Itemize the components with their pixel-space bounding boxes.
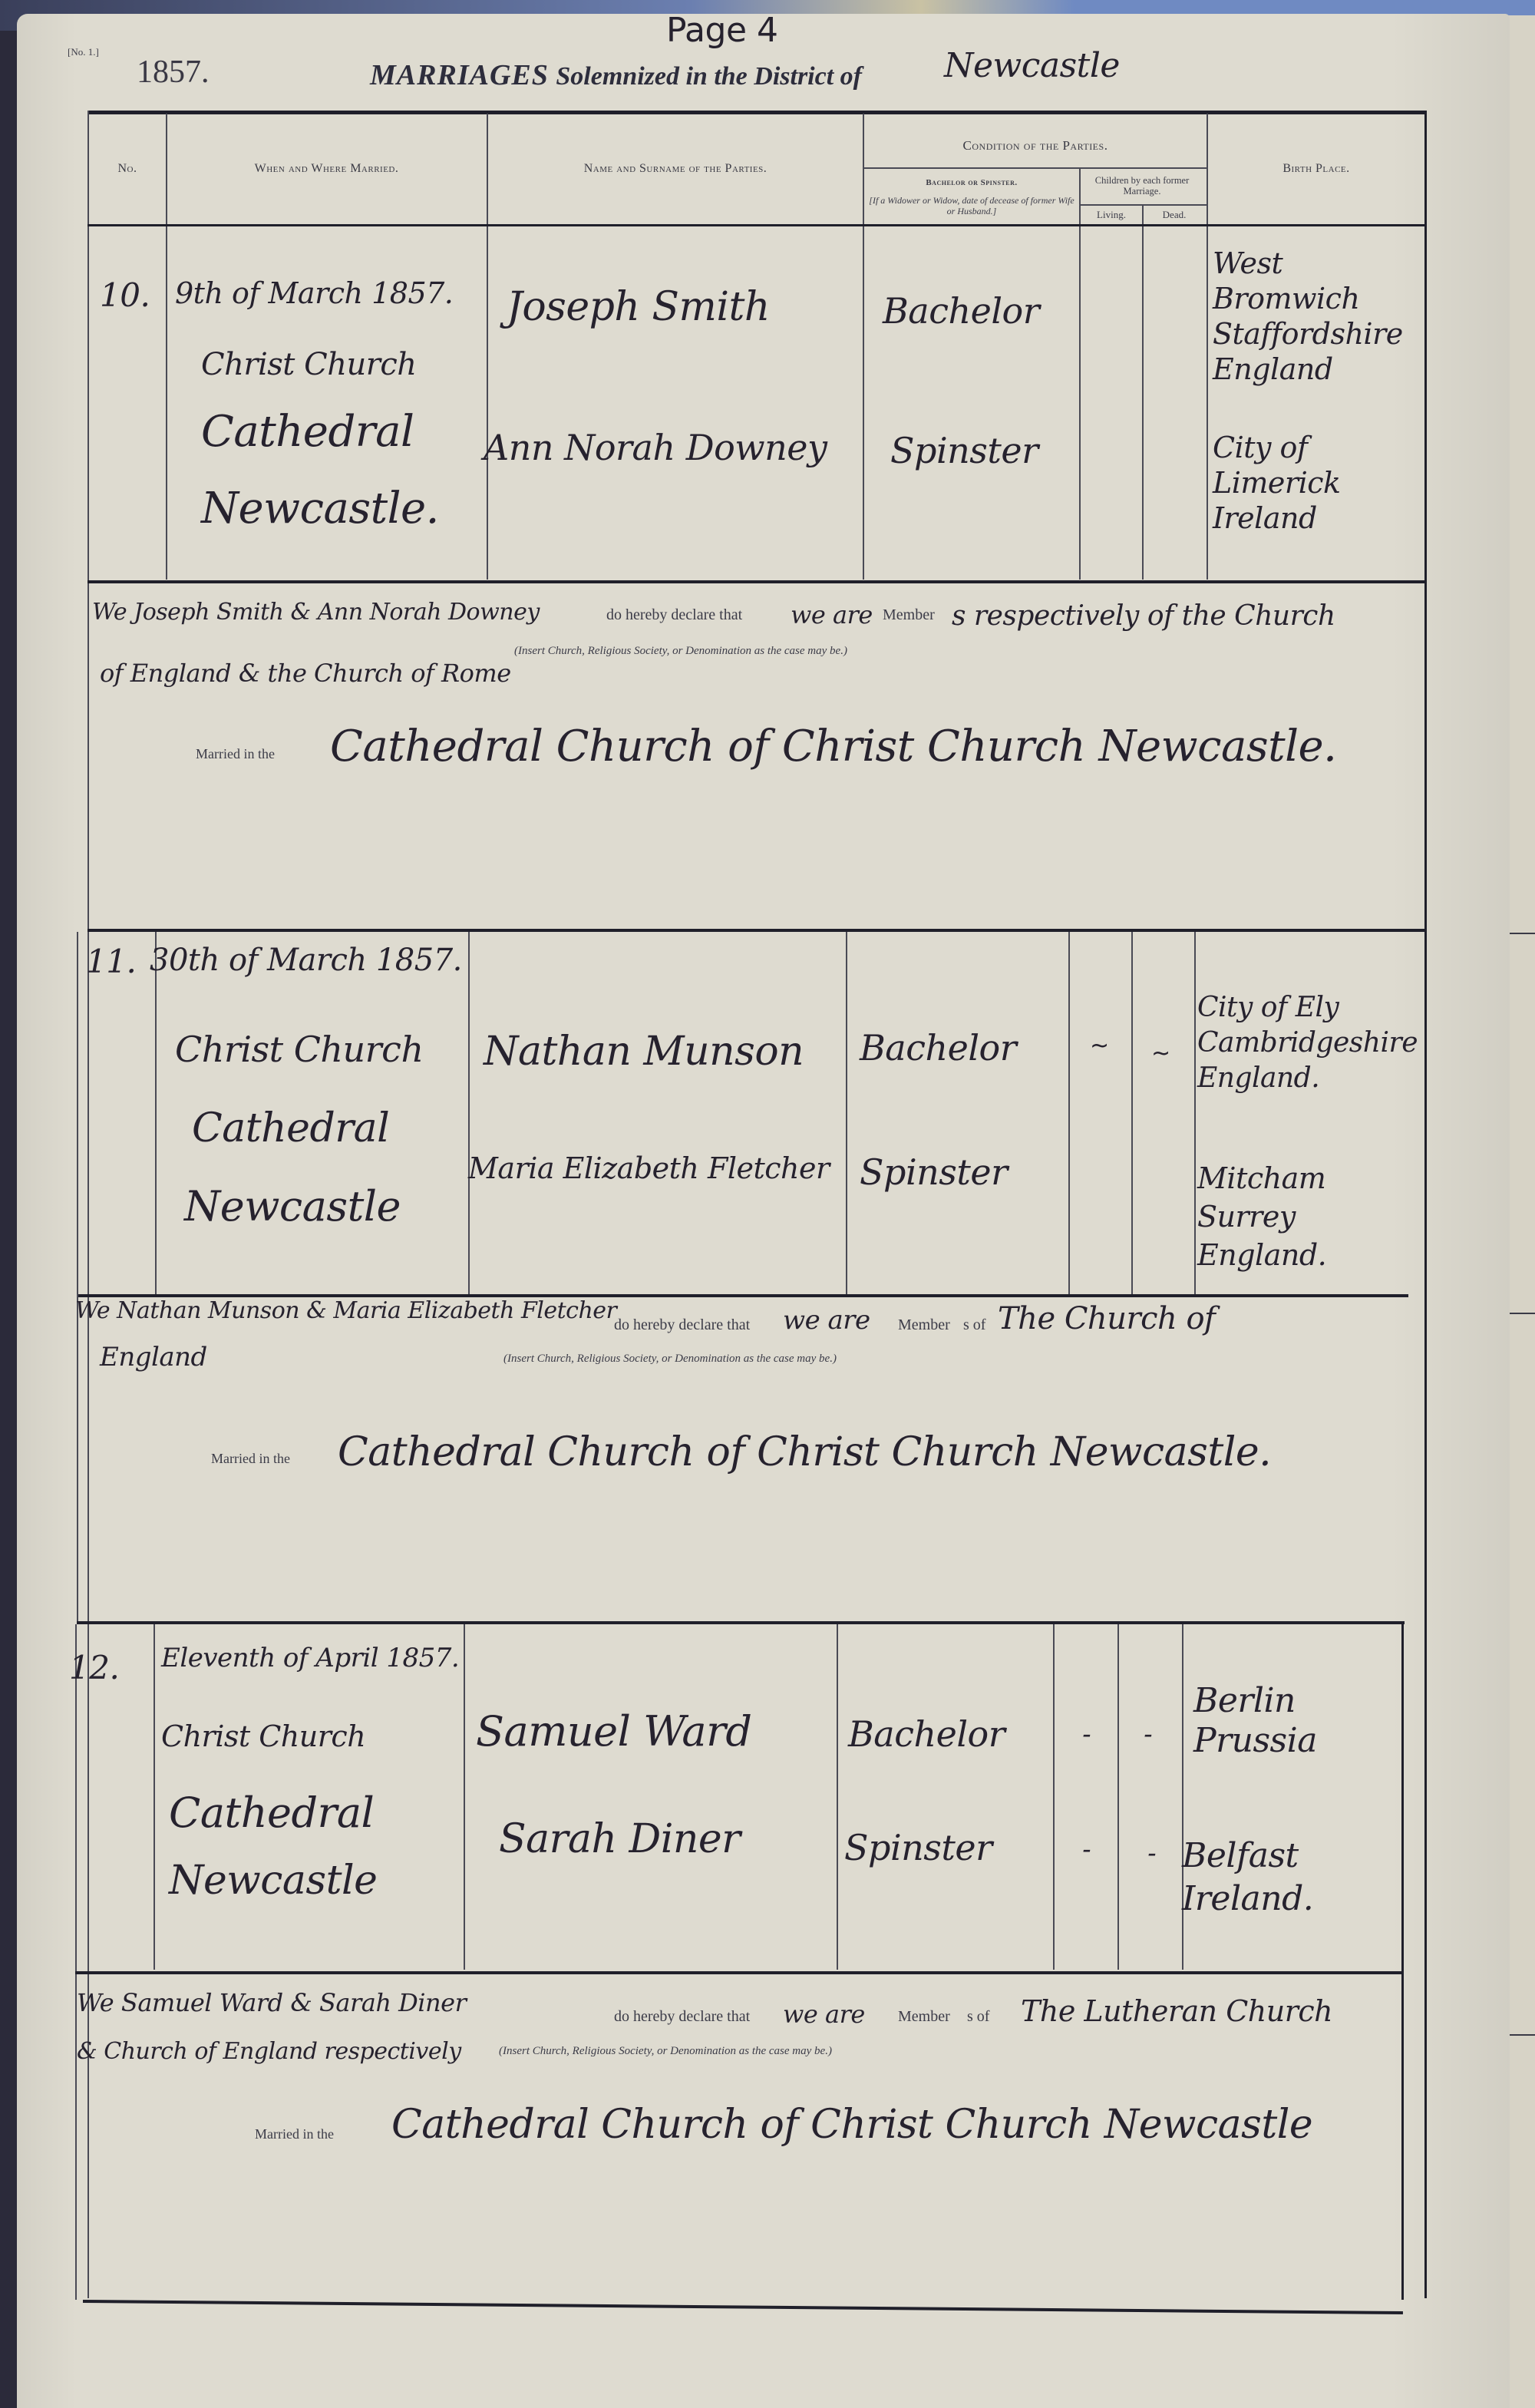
col-header-living: Living. [1081,206,1142,224]
groom-birthplace: West Bromwich Staffordshire England [1213,246,1428,387]
entry-number: 10. [100,276,150,314]
grid-line [487,226,488,580]
children-dead: ~ [1151,1040,1170,1067]
married-in-label: Married in the [211,1451,290,1467]
children-living: ~ [1090,1032,1109,1059]
declaration-line2: England [100,1342,207,1372]
title-marriages: MARRIAGES [370,59,549,91]
grid-line [87,224,1427,226]
grid-line [87,580,1427,583]
grid-line [1079,167,1081,225]
grid-line [464,1624,465,1970]
col-header-widow-note: [If a Widower or Widow, date of decease … [867,190,1076,221]
grid-line [1053,1624,1055,1970]
bride-condition: Spinster [890,430,1038,471]
marriage-place-line1: Christ Church [201,347,417,382]
marriage-place-line3: Newcastle [169,1858,377,1904]
table-left-border [87,111,89,2298]
title-rest: Solemnized in the District of [556,62,862,91]
groom-condition: Bachelor [848,1713,1005,1755]
grid-line [77,1621,1405,1624]
grid-line [166,226,167,580]
bride-name: Maria Elizabeth Fletcher [468,1151,830,1185]
grid-line [1194,932,1196,1294]
declaration-we-are: we are [791,600,873,629]
marriage-date: 9th of March 1857. [175,276,453,310]
grid-line [1081,204,1207,206]
declaration-we-are: we are [783,2000,865,2029]
grid-line [75,1624,77,2300]
declaration-names: We Nathan Munson & Maria Elizabeth Fletc… [75,1297,616,1324]
grid-line [837,1624,838,1970]
declaration-denomination: The Church of [998,1301,1215,1336]
declaration-do-hereby: do hereby declare that [614,2008,750,2026]
bride-name: Ann Norah Downey [484,427,827,468]
marriage-place-line2: Cathedral [169,1789,374,1837]
declaration-names: We Samuel Ward & Sarah Diner [77,1988,466,2017]
declaration-do-hereby: do hereby declare that [614,1316,750,1334]
children-living: - [1082,1719,1091,1749]
groom-condition: Bachelor [860,1027,1016,1069]
married-in-value: Cathedral Church of Christ Church Newcas… [338,1429,1271,1475]
grid-line [75,1971,1403,1974]
married-in-label: Married in the [255,2126,334,2142]
declaration-member: Member [898,2008,950,2026]
marriage-place-line1: Christ Church [161,1719,365,1753]
grid-line [155,932,157,1294]
form-number: [No. 1.] [68,46,99,58]
table-right-border [1424,111,1427,2298]
marriage-date: 30th of March 1857. [150,943,462,978]
marriage-place-line2: Cathedral [201,407,414,457]
bride-birthplace: City of Limerick Ireland [1213,430,1420,536]
married-in-value: Cathedral Church of Christ Church Newcas… [391,2102,1312,2148]
declaration-we-are: we are [783,1305,870,1336]
grid-line [87,929,1427,932]
grid-line [1207,226,1208,580]
grid-line [166,114,167,225]
groom-birthplace: City of Ely Cambridgeshire England. [1197,990,1420,1096]
grid-line [77,932,78,1623]
declaration-denomination: The Lutheran Church [1021,1994,1332,2028]
married-in-label: Married in the [196,746,275,762]
col-header-condition: Condition of the Parties. [864,129,1207,163]
col-header-bachelor-spinster: Bachelor or Spinster. [864,173,1079,192]
grid-line [1117,1624,1119,1970]
col-header-names: Name and Surname of the Parties. [489,115,862,223]
marriage-place-line1: Christ Church [175,1029,424,1070]
col-header-when-where: When and Where Married. [167,115,486,223]
grid-line [1207,114,1208,225]
entry-number: 12. [69,1649,119,1686]
declaration-insert-note: (Insert Church, Religious Society, or De… [514,645,847,658]
page-title: MARRIAGES Solemnized in the District of [370,58,862,92]
grid-line [1131,932,1133,1294]
grid-line [468,932,470,1294]
declaration-member: Member [883,606,935,624]
district-name: Newcastle [944,46,1120,85]
col-header-dead: Dead. [1144,206,1205,224]
bride-condition: Spinster [844,1827,992,1868]
children-dead: - [1144,1719,1152,1749]
grid-line [863,114,864,225]
declaration-do-hereby: do hereby declare that [606,606,742,624]
marriage-place-line3: Newcastle. [201,484,439,533]
grid-line [1079,226,1081,580]
grid-line [1401,1624,1404,2300]
bride-birthplace: Belfast Ireland. [1182,1835,1389,1921]
bride-birthplace: Mitcham Surrey England. [1197,1159,1420,1274]
col-header-no: No. [89,115,166,223]
table-top-rule [87,111,1427,114]
declaration-denomination: s respectively of the Church [952,600,1335,632]
groom-condition: Bachelor [883,290,1039,332]
groom-name: Samuel Ward [476,1707,751,1756]
marriage-date: Eleventh of April 1857. [161,1643,459,1673]
declaration-member-suffix: s of [967,2008,989,2026]
married-in-value: Cathedral Church of Christ Church Newcas… [330,722,1336,771]
grid-line [153,1624,155,1970]
children-dead-bride: - [1147,1838,1156,1868]
grid-line [1142,226,1144,580]
grid-line [864,167,1207,169]
declaration-member: Member [898,1316,950,1334]
grid-line [863,226,864,580]
groom-birthplace: Berlin Prussia [1193,1681,1393,1761]
col-header-birth-place: Birth Place. [1208,115,1424,223]
groom-name: Nathan Munson [484,1029,804,1075]
grid-line [487,114,488,225]
declaration-insert-note: (Insert Church, Religious Society, or De… [499,2045,832,2058]
declaration-names: We Joseph Smith & Ann Norah Downey [92,599,540,626]
bride-name: Sarah Diner [499,1816,740,1862]
grid-line [1068,932,1070,1294]
marriage-place-line2: Cathedral [192,1105,389,1151]
page-number-label: Page 4 [666,11,778,50]
grid-line [846,932,847,1294]
entry-number: 11. [86,943,136,980]
marriage-place-line3: Newcastle [184,1182,401,1230]
declaration-insert-note: (Insert Church, Religious Society, or De… [503,1353,837,1366]
declaration-member-suffix: s of [963,1316,985,1334]
register-year: 1857. [137,54,210,91]
grid-line [1142,204,1144,225]
groom-name: Joseph Smith [507,284,770,330]
declaration-line2: of England & the Church of Rome [100,659,511,688]
declaration-line2: & Church of England respectively [77,2038,461,2065]
col-header-children: Children by each former Marriage. [1081,170,1203,201]
children-living-bride: - [1082,1835,1091,1864]
bride-condition: Spinster [860,1151,1008,1193]
